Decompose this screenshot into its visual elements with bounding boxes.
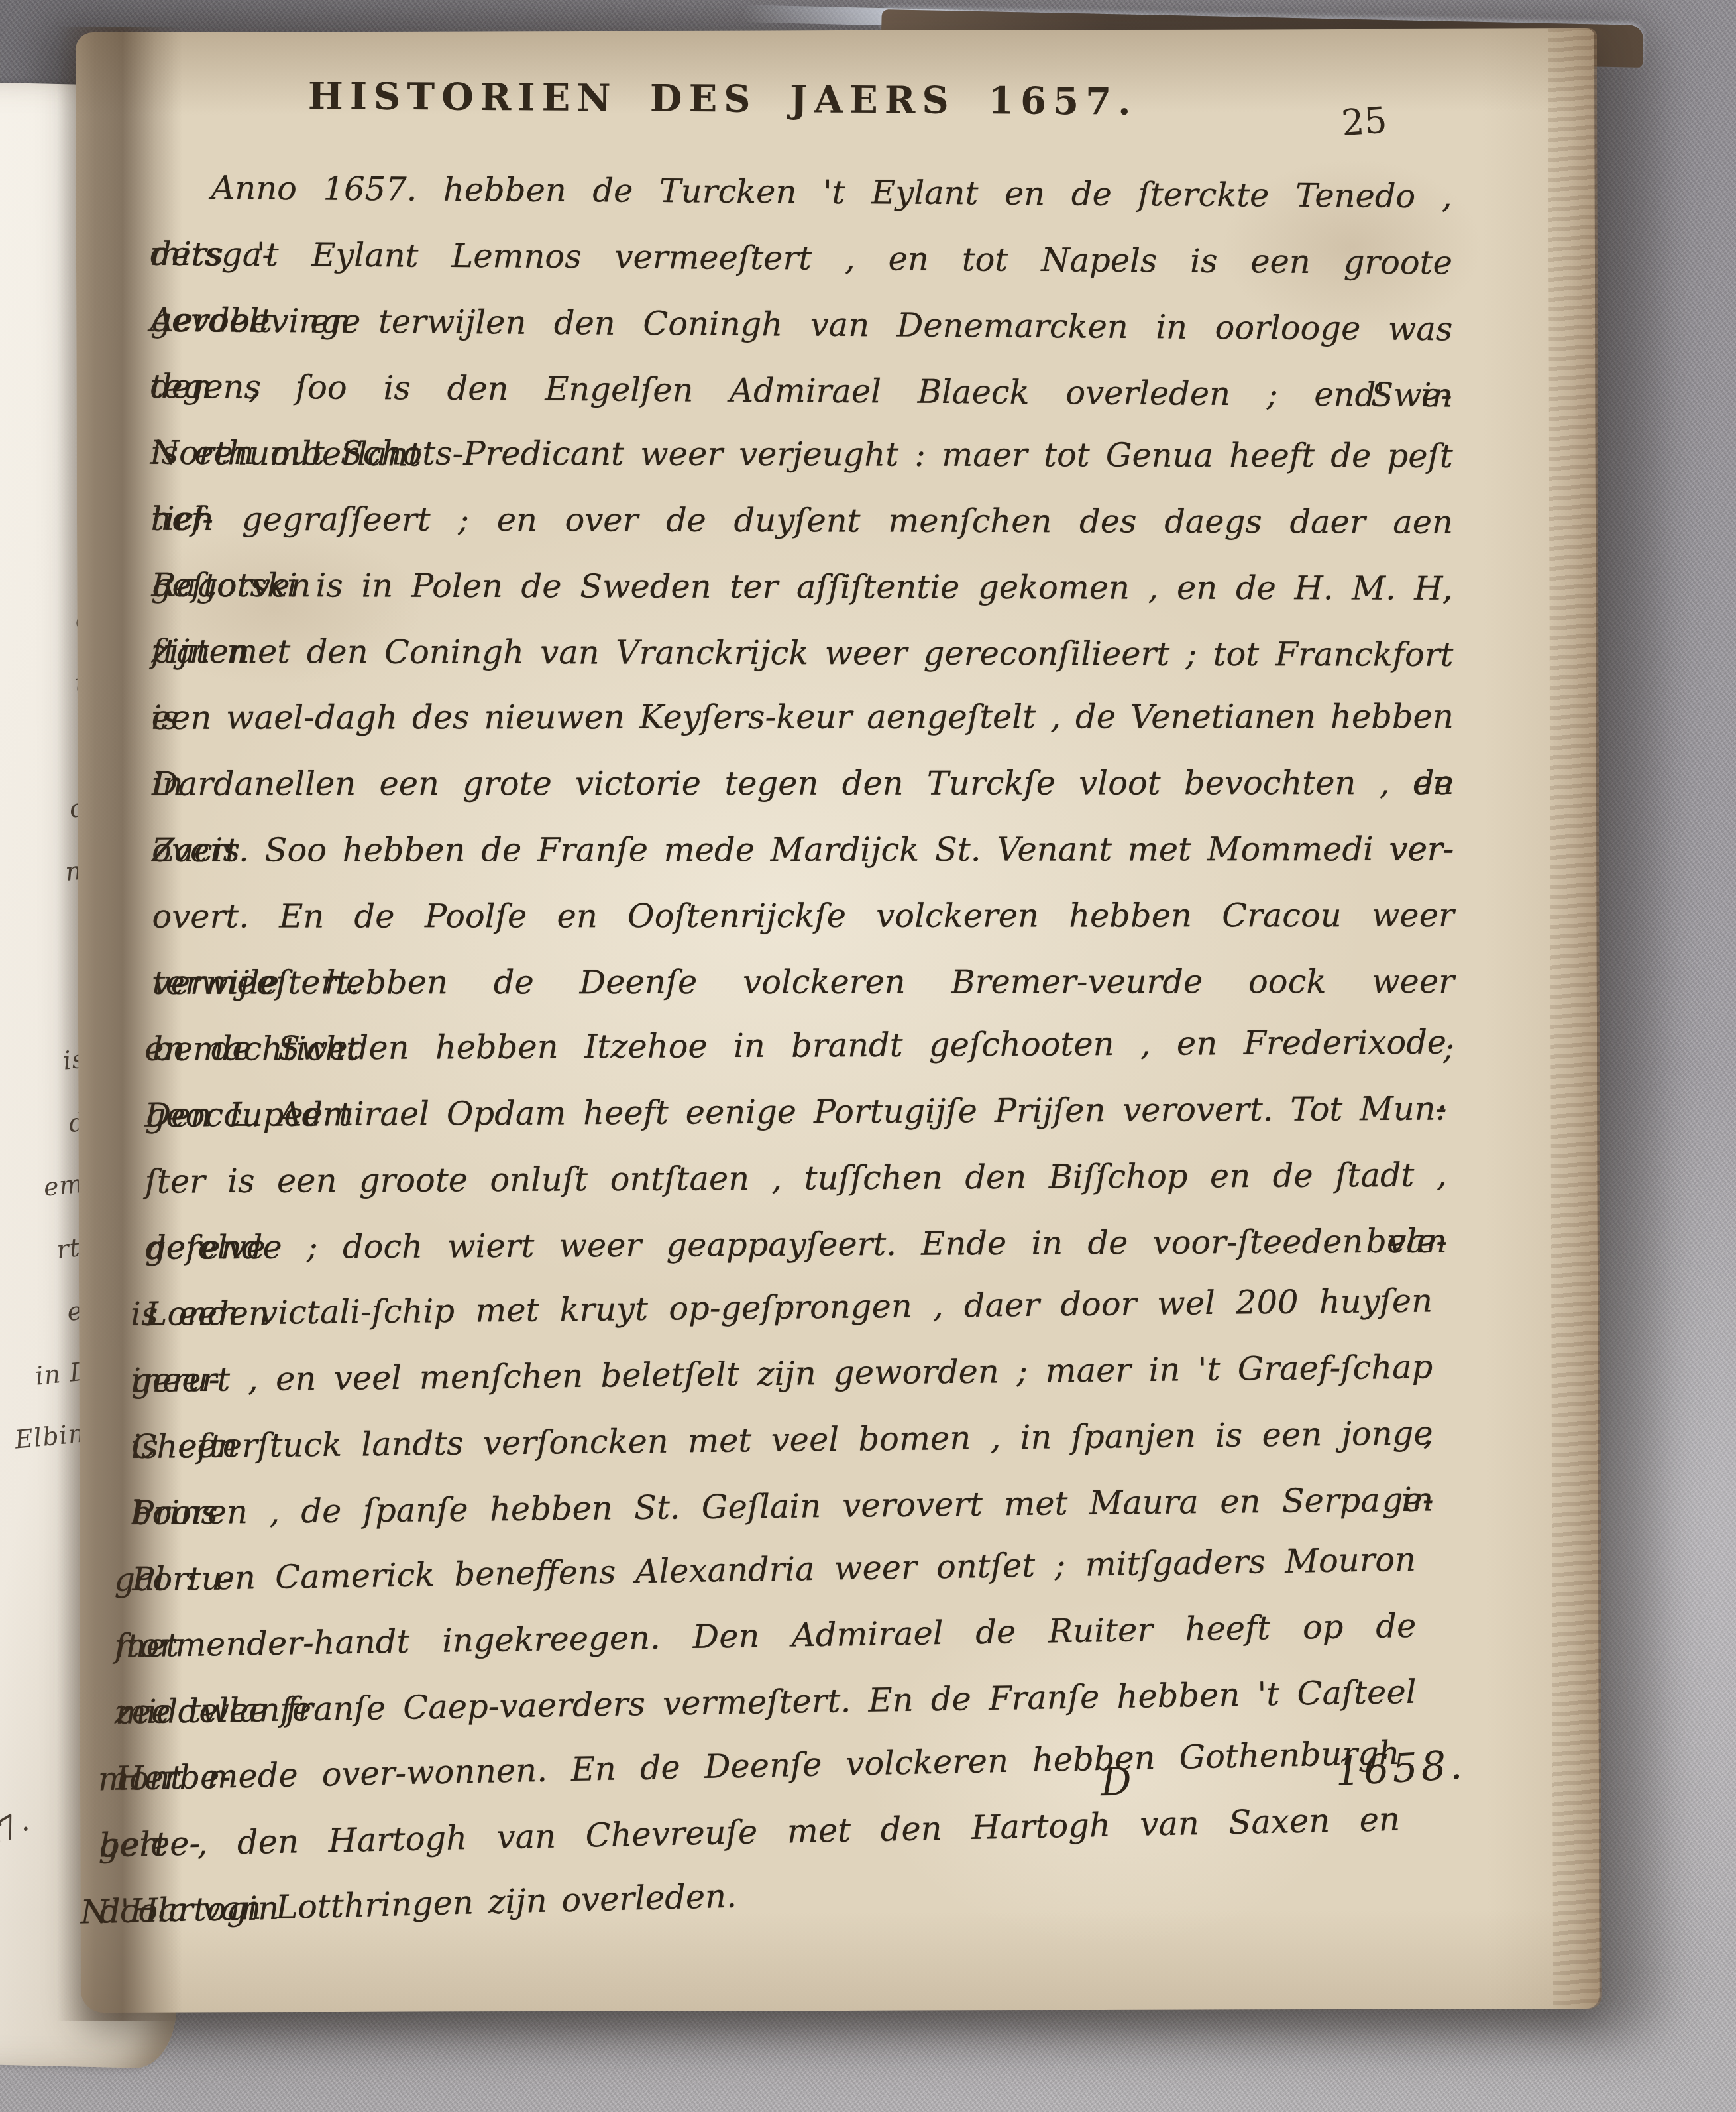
text-line: Anno 1657. hebben de Turcken 't Eylant e…: [150, 154, 1452, 230]
text-line: overt. Soo hebben de Franſe mede Mardijc…: [152, 816, 1454, 883]
running-title: HISTORIEN DES JAERS 1657.: [72, 54, 1374, 126]
text-line: ders 't Eylant Lemnos vermeeſtert , en t…: [150, 221, 1453, 296]
text-line: terwijle hebben de Deenſe volckeren Brem…: [152, 948, 1454, 1016]
text-line: gevoelt. en terwijlen den Coningh van De…: [150, 287, 1453, 362]
page-number: 25: [1340, 99, 1388, 144]
catchword: D: [1100, 1759, 1132, 1805]
text-line: den , ſoo is den Engelſen Admirael Blaec…: [150, 353, 1453, 429]
text-line: ſter is een groote onluſt ontſtaen , tuſ…: [144, 1141, 1446, 1214]
book-page-recto: HISTORIEN DES JAERS 1657. 25 Anno 1657. …: [76, 28, 1600, 2013]
facing-page-corner-number: 57.: [0, 1803, 34, 1859]
photo-of-open-book: en 2. O Goev te ville e houdt gaders y T…: [0, 0, 1736, 2112]
page-edge-stains: [1548, 28, 1602, 2009]
text-line: is een out Schots-Predicant weer verjeug…: [151, 419, 1453, 489]
page-header: HISTORIEN DES JAERS 1657. 25: [150, 57, 1452, 146]
text-line: overt. En de Poolſe en Ooſtenrijckſe vol…: [152, 882, 1454, 950]
text-line: zijn met den Coningh van Vranckrijck wee…: [151, 618, 1453, 688]
next-year-marker: 1658.: [1334, 1742, 1466, 1795]
printed-text-block: HISTORIEN DES JAERS 1657. 25 Anno 1657. …: [150, 57, 1456, 1944]
text-line: Den L. Admirael Opdam heeft eenige Portu…: [144, 1075, 1446, 1148]
text-line: een wael-dagh des nieuwen Keyſers-keur a…: [152, 683, 1454, 751]
text-line: Ragotski is in Polen de Sweden ter aſſiſ…: [151, 552, 1453, 622]
text-line: tich gegraſſeert ; en over de duyſent me…: [151, 486, 1453, 555]
body-text: Anno 1657. hebben de Turcken 't Eylant e…: [150, 143, 1457, 1944]
text-line: en de Sweden hebben Itzehoe in brandt ge…: [144, 1009, 1446, 1082]
text-line: Dardanellen een grote victorie tegen den…: [152, 750, 1454, 817]
